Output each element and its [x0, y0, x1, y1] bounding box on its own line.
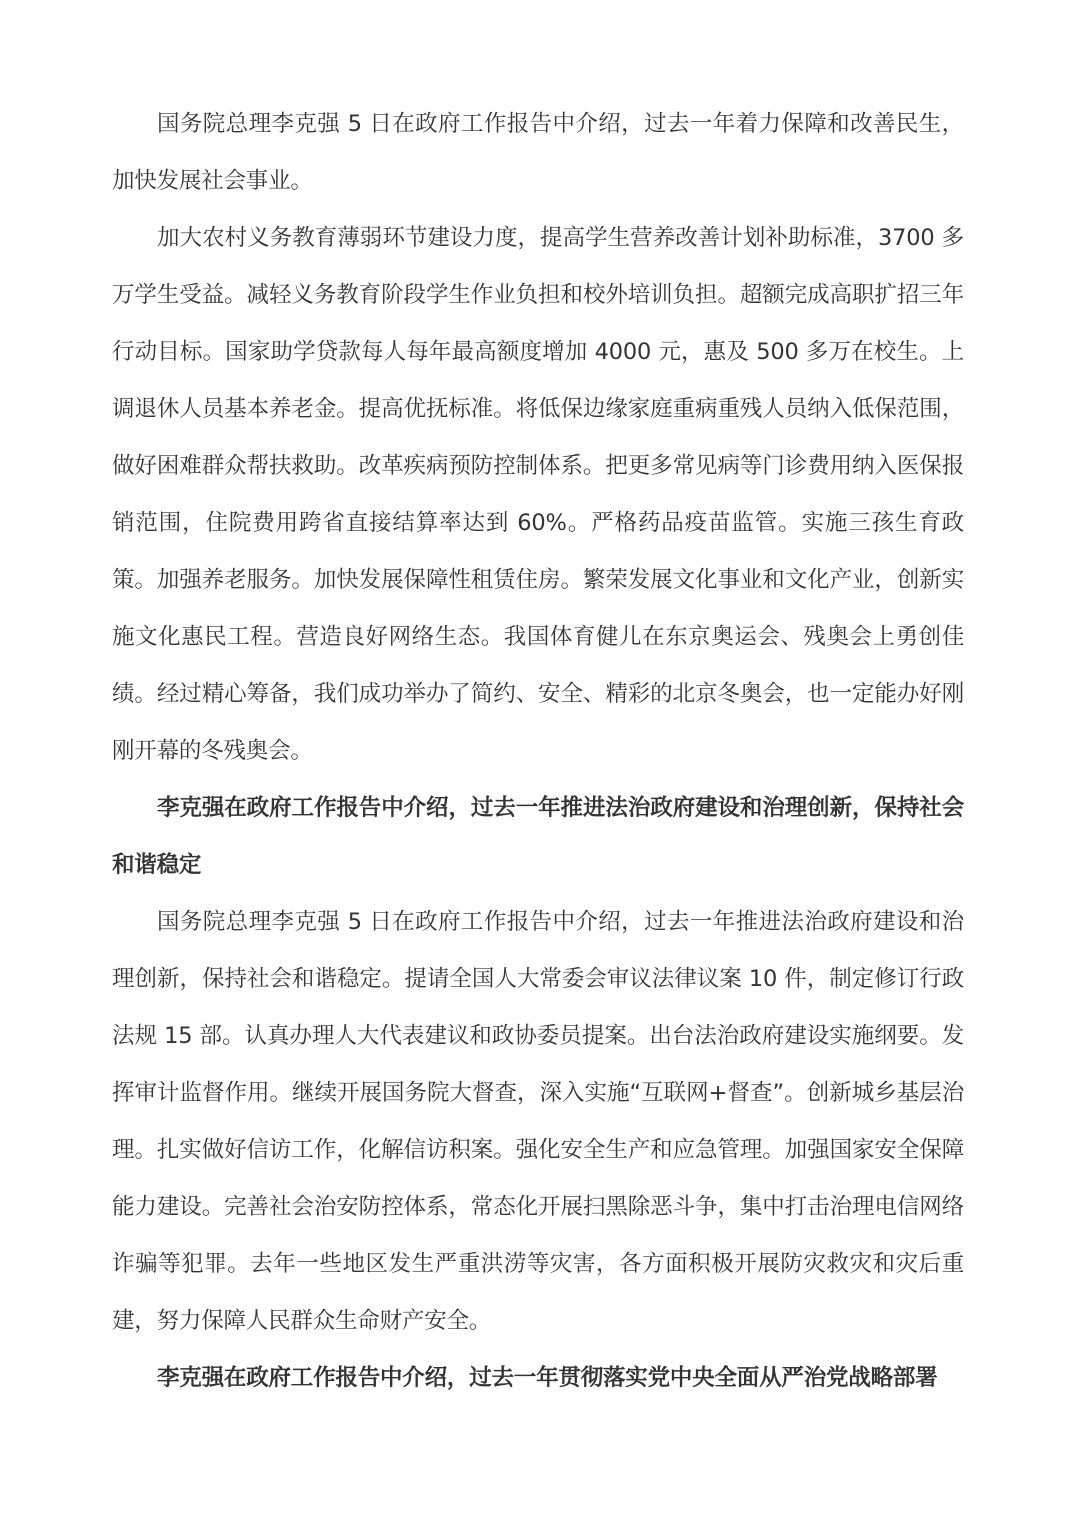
document-page: 国务院总理李克强 5 日在政府工作报告中介绍，过去一年着力保障和改善民生，加快发… — [112, 96, 964, 1407]
section-heading-rule-of-law: 李克强在政府工作报告中介绍，过去一年推进法治政府建设和治理创新，保持社会和谐稳定 — [112, 780, 964, 894]
section-heading-party-governance: 李克强在政府工作报告中介绍，过去一年贯彻落实党中央全面从严治党战略部署 — [112, 1350, 964, 1407]
paragraph-livelihood-intro: 国务院总理李克强 5 日在政府工作报告中介绍，过去一年着力保障和改善民生，加快发… — [112, 96, 964, 210]
paragraph-rule-of-law-details: 国务院总理李克强 5 日在政府工作报告中介绍，过去一年推进法治政府建设和治理创新… — [112, 894, 964, 1350]
paragraph-livelihood-details: 加大农村义务教育薄弱环节建设力度，提高学生营养改善计划补助标准，3700 多万学… — [112, 210, 964, 780]
